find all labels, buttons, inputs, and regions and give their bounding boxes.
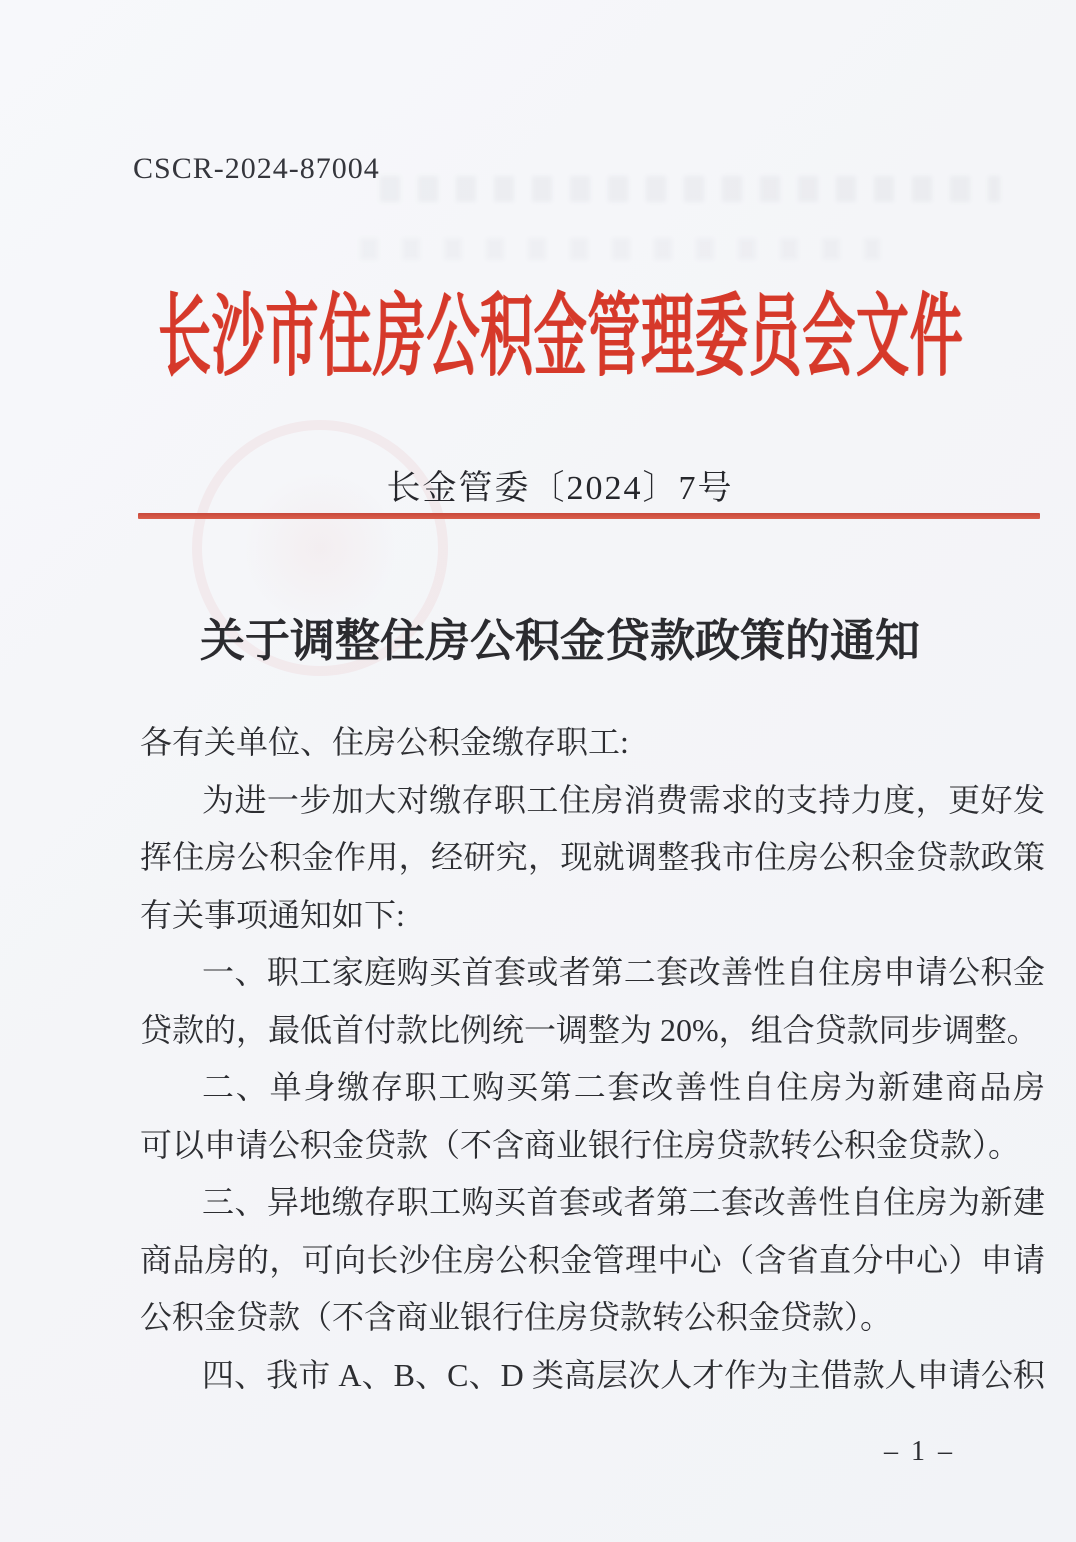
- body-line: 可以申请公积金贷款（不含商业银行住房贷款转公积金贷款）。: [140, 1117, 1045, 1175]
- notice-body: 各有关单位、住房公积金缴存职工: 为进一步加大对缴存职工住房消费需求的支持力度，…: [140, 714, 1045, 1404]
- body-line-item-2: 二、单身缴存职工购买第二套改善性自住房为新建商品房的，: [140, 1059, 1045, 1117]
- body-line: 贷款的，最低首付款比例统一调整为 20%，组合贷款同步调整。: [140, 1002, 1045, 1060]
- body-line: 挥住房公积金作用，经研究，现就调整我市住房公积金贷款政策: [140, 829, 1045, 887]
- page-number: – 1 –: [884, 1436, 955, 1468]
- document-page: CSCR-2024-87004 长沙市住房公积金管理委员会文件 长金管委〔202…: [0, 0, 1076, 1542]
- body-line: 为进一步加大对缴存职工住房消费需求的支持力度，更好发: [140, 772, 1045, 830]
- body-line: 有关事项通知如下:: [140, 887, 1045, 945]
- document-number: 长金管委〔2024〕7号: [30, 460, 1076, 509]
- body-line: 商品房的，可向长沙住房公积金管理中心（含省直分中心）申请: [140, 1232, 1045, 1290]
- body-line-salutation: 各有关单位、住房公积金缴存职工:: [140, 714, 1045, 772]
- document-code: CSCR-2024-87004: [133, 152, 380, 186]
- body-line: 公积金贷款（不含商业银行住房贷款转公积金贷款）。: [140, 1289, 1045, 1347]
- body-line-item-3: 三、异地缴存职工购买首套或者第二套改善性自住房为新建: [140, 1174, 1045, 1232]
- issuer-title-row: 长沙市住房公积金管理委员会文件: [30, 288, 1076, 388]
- notice-title: 关于调整住房公积金贷款政策的通知: [30, 604, 1076, 669]
- issuer-title: 长沙市住房公积金管理委员会文件: [157, 288, 962, 388]
- red-divider-rule: [138, 513, 1040, 519]
- body-line-item-4: 四、我市 A、B、C、D 类高层次人才作为主借款人申请公积: [140, 1347, 1045, 1405]
- scan-bleed-through-bottom: [360, 238, 880, 260]
- scan-bleed-through-top: [380, 176, 1000, 202]
- body-line-item-1: 一、职工家庭购买首套或者第二套改善性自住房申请公积金: [140, 944, 1045, 1002]
